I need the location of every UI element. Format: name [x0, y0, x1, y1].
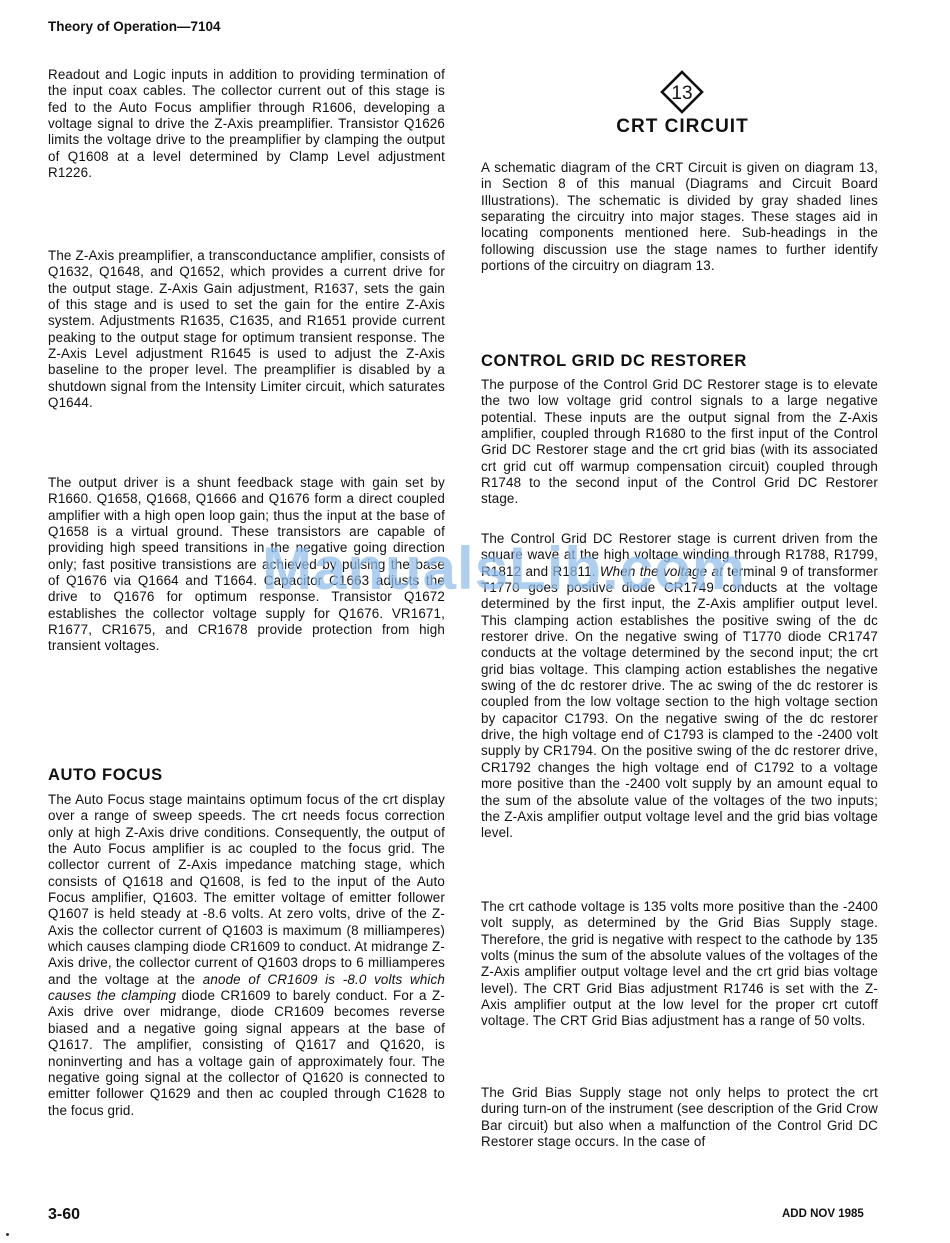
diagram-13-badge: 13	[660, 70, 704, 114]
italic-text-run: When the voltage at	[600, 564, 723, 579]
paragraph-control-grid-operation: The Control Grid DC Restorer stage is cu…	[481, 531, 878, 842]
paragraph-control-grid-purpose: The purpose of the Control Grid DC Resto…	[481, 377, 878, 508]
heading-control-grid-dc-restorer: CONTROL GRID DC RESTORER	[481, 352, 747, 371]
diamond-diagram-number-icon: 13	[660, 70, 704, 114]
paragraph-crt-cathode-voltage: The crt cathode voltage is 135 volts mor…	[481, 899, 878, 1030]
paragraph-z-axis-preamplifier: The Z-Axis preamplifier, a transconducta…	[48, 248, 445, 411]
diagram-number: 13	[671, 83, 692, 104]
paragraph-auto-focus: The Auto Focus stage maintains optimum f…	[48, 792, 445, 1119]
paragraph-crt-intro: A schematic diagram of the CRT Circuit i…	[481, 160, 878, 274]
scan-speck	[6, 1233, 9, 1236]
running-head: Theory of Operation—7104	[48, 19, 221, 34]
text-run: The Auto Focus stage maintains optimum f…	[48, 792, 445, 987]
heading-auto-focus: AUTO FOCUS	[48, 766, 163, 785]
text-run: diode CR1609 to barely conduct. For a Z-…	[48, 988, 445, 1117]
paragraph-grid-bias-supply: The Grid Bias Supply stage not only help…	[481, 1085, 878, 1150]
section-title: CRT CIRCUIT	[560, 116, 805, 138]
paragraph-readout-logic: Readout and Logic inputs in addition to …	[48, 67, 445, 181]
text-run: terminal 9 of transformer T1770 goes pos…	[481, 564, 878, 841]
page-number: 3-60	[48, 1206, 80, 1224]
paragraph-output-driver: The output driver is a shunt feedback st…	[48, 475, 445, 655]
revision-date: ADD NOV 1985	[782, 1208, 864, 1220]
